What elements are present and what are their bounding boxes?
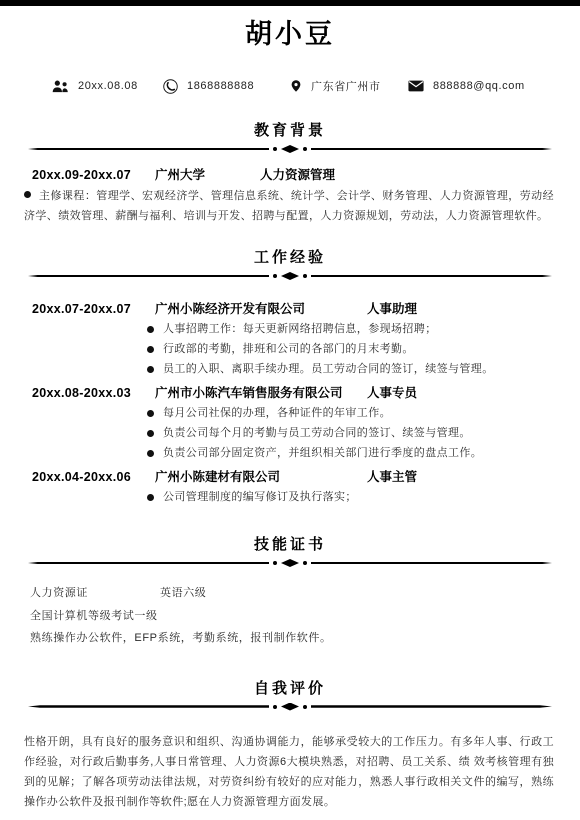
section-title-experience: 工作经验 <box>0 246 580 267</box>
resume-page: 胡小豆 20xx.08.08 1868888888 <box>0 0 580 820</box>
job-company: 广州市小陈汽车销售服务有限公司 <box>155 385 367 401</box>
email-value: 888888@qq.com <box>433 80 525 92</box>
divider-line-right <box>311 275 552 278</box>
bullet-icon <box>147 450 154 457</box>
pin-icon <box>290 78 302 94</box>
skill-item-cet6: 英语六级 <box>160 582 206 605</box>
divider-diamond <box>281 559 299 567</box>
job-bullet: 人事招聘工作：每天更新网络招聘信息，参现场招聘； <box>0 319 580 339</box>
job-bullet: 每月公司社保的办理，各种证件的年审工作。 <box>0 403 580 423</box>
job-bullet: 行政部的考勤，排班和公司的各部门的月末考勤。 <box>0 339 580 359</box>
job-bullet-list: 人事招聘工作：每天更新网络招聘信息，参现场招聘； 行政部的考勤，排班和公司的各部… <box>0 319 580 379</box>
section-divider-experience <box>28 272 552 280</box>
bullet-icon <box>147 326 154 333</box>
job-bullet-list: 每月公司社保的办理，各种证件的年审工作。 负责公司每个月的考勤与员工劳动合同的签… <box>0 403 580 463</box>
job-bullet: 负责公司部分固定资产，并组织相关部门进行季度的盘点工作。 <box>0 443 580 463</box>
job-bullet-list: 公司管理制度的编写修订及执行落实； <box>0 487 580 507</box>
job-bullet-text: 负责公司部分固定资产，并组织相关部门进行季度的盘点工作。 <box>163 443 482 463</box>
divider-dot <box>273 705 277 709</box>
education-courses-text: 主修课程：管理学、宏观经济学、管理信息系统、统计学、会计学、财务管理、人力资源管… <box>24 190 554 222</box>
section-title-evaluation: 自我评价 <box>0 677 580 698</box>
location-value: 广东省广州市 <box>311 78 381 94</box>
bullet-icon <box>147 494 154 501</box>
divider-dot <box>303 274 307 278</box>
job-position: 人事主管 <box>367 469 417 485</box>
contact-phone: 1868888888 <box>163 79 253 94</box>
divider-line-left <box>28 562 269 565</box>
phone-value: 1868888888 <box>187 80 254 92</box>
divider-dot <box>303 705 307 709</box>
contact-row: 20xx.08.08 1868888888 广东省广州市 <box>0 77 580 95</box>
job-bullet-text: 公司管理制度的编写修订及执行落实； <box>163 487 357 507</box>
skill-line: 人力资源证 英语六级 <box>0 582 580 605</box>
candidate-name: 胡小豆 <box>0 18 580 50</box>
job-bullet-text: 每月公司社保的办理，各种证件的年审工作。 <box>163 403 391 423</box>
job-bullet-text: 员工的入职、离职手续办理。员工劳动合同的签订，续签与管理。 <box>163 359 494 379</box>
contact-email: 888888@qq.com <box>408 80 525 92</box>
education-school: 广州大学 <box>155 167 260 183</box>
education-period: 20xx.09-20xx.07 <box>32 167 155 183</box>
contact-birthday: 20xx.08.08 <box>52 80 143 93</box>
job-bullet: 公司管理制度的编写修订及执行落实； <box>0 487 580 507</box>
job-period: 20xx.07-20xx.07 <box>32 301 155 317</box>
self-evaluation-text: 性格开朗，具有良好的服务意识和组织、沟通协调能力，能够承受较大的工作压力。有多年… <box>0 732 580 812</box>
job-period: 20xx.08-20xx.03 <box>32 385 155 401</box>
divider-diamond <box>281 272 299 280</box>
job-entry-row: 20xx.04-20xx.06 广州小陈建材有限公司 人事主管 <box>0 469 580 485</box>
top-accent-bar <box>0 0 580 6</box>
job-company: 广州小陈经济开发有限公司 <box>155 301 367 317</box>
divider-dot <box>303 561 307 565</box>
skill-item-software: 熟练操作办公软件，EFP系统，考勤系统，报刊制作软件。 <box>30 627 332 650</box>
job-position: 人事助理 <box>367 301 417 317</box>
education-entry-row: 20xx.09-20xx.07 广州大学 人力资源管理 <box>0 167 580 183</box>
job-bullet: 负责公司每个月的考勤与员工劳动合同的签订、续签与管理。 <box>0 423 580 443</box>
job-position: 人事专员 <box>367 385 417 401</box>
job-entry-row: 20xx.08-20xx.03 广州市小陈汽车销售服务有限公司 人事专员 <box>0 385 580 401</box>
job-entry-row: 20xx.07-20xx.07 广州小陈经济开发有限公司 人事助理 <box>0 301 580 317</box>
bullet-icon <box>147 366 154 373</box>
section-title-skills: 技能证书 <box>0 533 580 554</box>
section-divider-evaluation <box>28 703 552 711</box>
job-company: 广州小陈建材有限公司 <box>155 469 367 485</box>
divider-line-right <box>311 148 552 151</box>
divider-diamond <box>281 703 299 711</box>
phone-icon <box>163 79 178 94</box>
people-icon <box>52 80 69 93</box>
job-bullet-text: 人事招聘工作：每天更新网络招聘信息，参现场招聘； <box>163 319 437 339</box>
divider-dot <box>273 147 277 151</box>
section-divider-education <box>28 145 552 153</box>
job-bullet-text: 行政部的考勤，排班和公司的各部门的月末考勤。 <box>163 339 414 359</box>
job-period: 20xx.04-20xx.06 <box>32 469 155 485</box>
section-divider-skills <box>28 559 552 567</box>
skills-block: 人力资源证 英语六级 全国计算机等级考试一级 熟练操作办公软件，EFP系统，考勤… <box>0 582 580 650</box>
mail-icon <box>408 80 424 92</box>
section-title-education: 教育背景 <box>0 119 580 140</box>
contact-location: 广东省广州市 <box>290 78 368 94</box>
divider-line-left <box>28 148 269 151</box>
bullet-icon <box>24 191 31 198</box>
divider-dot <box>303 147 307 151</box>
divider-line-left <box>28 705 269 708</box>
bullet-icon <box>147 346 154 353</box>
job-bullet: 员工的入职、离职手续办理。员工劳动合同的签订，续签与管理。 <box>0 359 580 379</box>
skill-line: 熟练操作办公软件，EFP系统，考勤系统，报刊制作软件。 <box>0 627 580 650</box>
bullet-icon <box>147 430 154 437</box>
divider-diamond <box>281 145 299 153</box>
skill-line: 全国计算机等级考试一级 <box>0 605 580 628</box>
divider-line-left <box>28 275 269 278</box>
education-major: 人力资源管理 <box>260 167 335 183</box>
bullet-icon <box>147 410 154 417</box>
birthday-value: 20xx.08.08 <box>78 80 138 92</box>
divider-line-right <box>311 705 552 708</box>
skill-item-computer: 全国计算机等级考试一级 <box>30 605 158 628</box>
divider-line-right <box>311 562 552 565</box>
divider-dot <box>273 274 277 278</box>
education-courses: 主修课程：管理学、宏观经济学、管理信息系统、统计学、会计学、财务管理、人力资源管… <box>0 186 580 226</box>
job-bullet-text: 负责公司每个月的考勤与员工劳动合同的签订、续签与管理。 <box>163 423 471 443</box>
skill-item-hr-cert: 人力资源证 <box>30 582 160 605</box>
divider-dot <box>273 561 277 565</box>
